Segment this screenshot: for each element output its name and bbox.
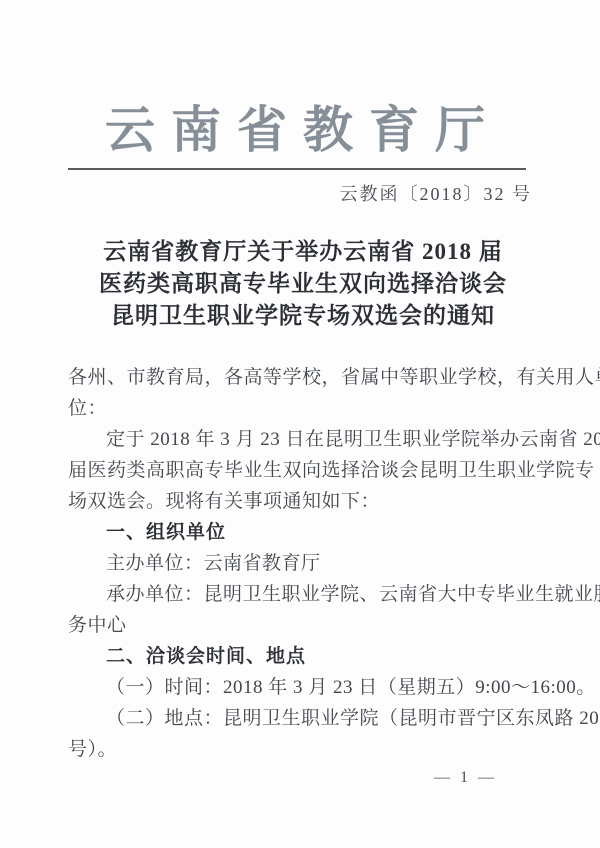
event-location-line: 号）。 xyxy=(68,734,538,765)
salutation-line: 位： xyxy=(68,393,538,424)
intro-paragraph-line: 届医药类高职高专毕业生双向选择洽谈会昆明卫生职业学院专 xyxy=(68,455,538,486)
page-number: — 1 — xyxy=(434,769,497,787)
doc-title: 云南省教育厅关于举办云南省 2018 届 医药类高职高专毕业生双向选择洽谈会 昆… xyxy=(68,236,538,332)
document-content: 云南省教育厅 云教函〔2018〕32 号 云南省教育厅关于举办云南省 2018 … xyxy=(0,100,600,765)
intro-paragraph-line: 定于 2018 年 3 月 23 日在昆明卫生职业学院举办云南省 2018 xyxy=(68,424,538,455)
event-time-line: （一）时间：2018 年 3 月 23 日（星期五）9:00～16:00。 xyxy=(68,672,538,703)
organizer-line: 务中心 xyxy=(68,610,538,641)
document-body: 各州、市教育局，各高等学校，省属中等职业学校，有关用人单 位： 定于 2018 … xyxy=(68,362,538,765)
letterhead-divider-line xyxy=(68,168,526,170)
organizer-line: 承办单位：昆明卫生职业学院、云南省大中专毕业生就业服 xyxy=(68,579,538,610)
event-location-line: （二）地点：昆明卫生职业学院（昆明市晋宁区东凤路 2005 xyxy=(68,703,538,734)
doc-title-line: 云南省教育厅关于举办云南省 2018 届 xyxy=(68,236,538,268)
doc-reference-number: 云教函〔2018〕32 号 xyxy=(68,185,538,203)
host-unit-line: 主办单位：云南省教育厅 xyxy=(68,548,538,579)
salutation-line: 各州、市教育局，各高等学校，省属中等职业学校，有关用人单 xyxy=(68,362,538,393)
intro-paragraph-line: 场双选会。现将有关事项通知如下： xyxy=(68,486,538,517)
doc-title-line: 昆明卫生职业学院专场双选会的通知 xyxy=(68,300,538,332)
letterhead-org-name: 云南省教育厅 xyxy=(68,100,538,160)
section-heading-time-place: 二、洽谈会时间、地点 xyxy=(68,641,538,672)
doc-title-line: 医药类高职高专毕业生双向选择洽谈会 xyxy=(68,268,538,300)
section-heading-organizing-units: 一、组织单位 xyxy=(68,517,538,548)
scanned-document-page: 云南省教育厅 云教函〔2018〕32 号 云南省教育厅关于举办云南省 2018 … xyxy=(0,0,600,848)
